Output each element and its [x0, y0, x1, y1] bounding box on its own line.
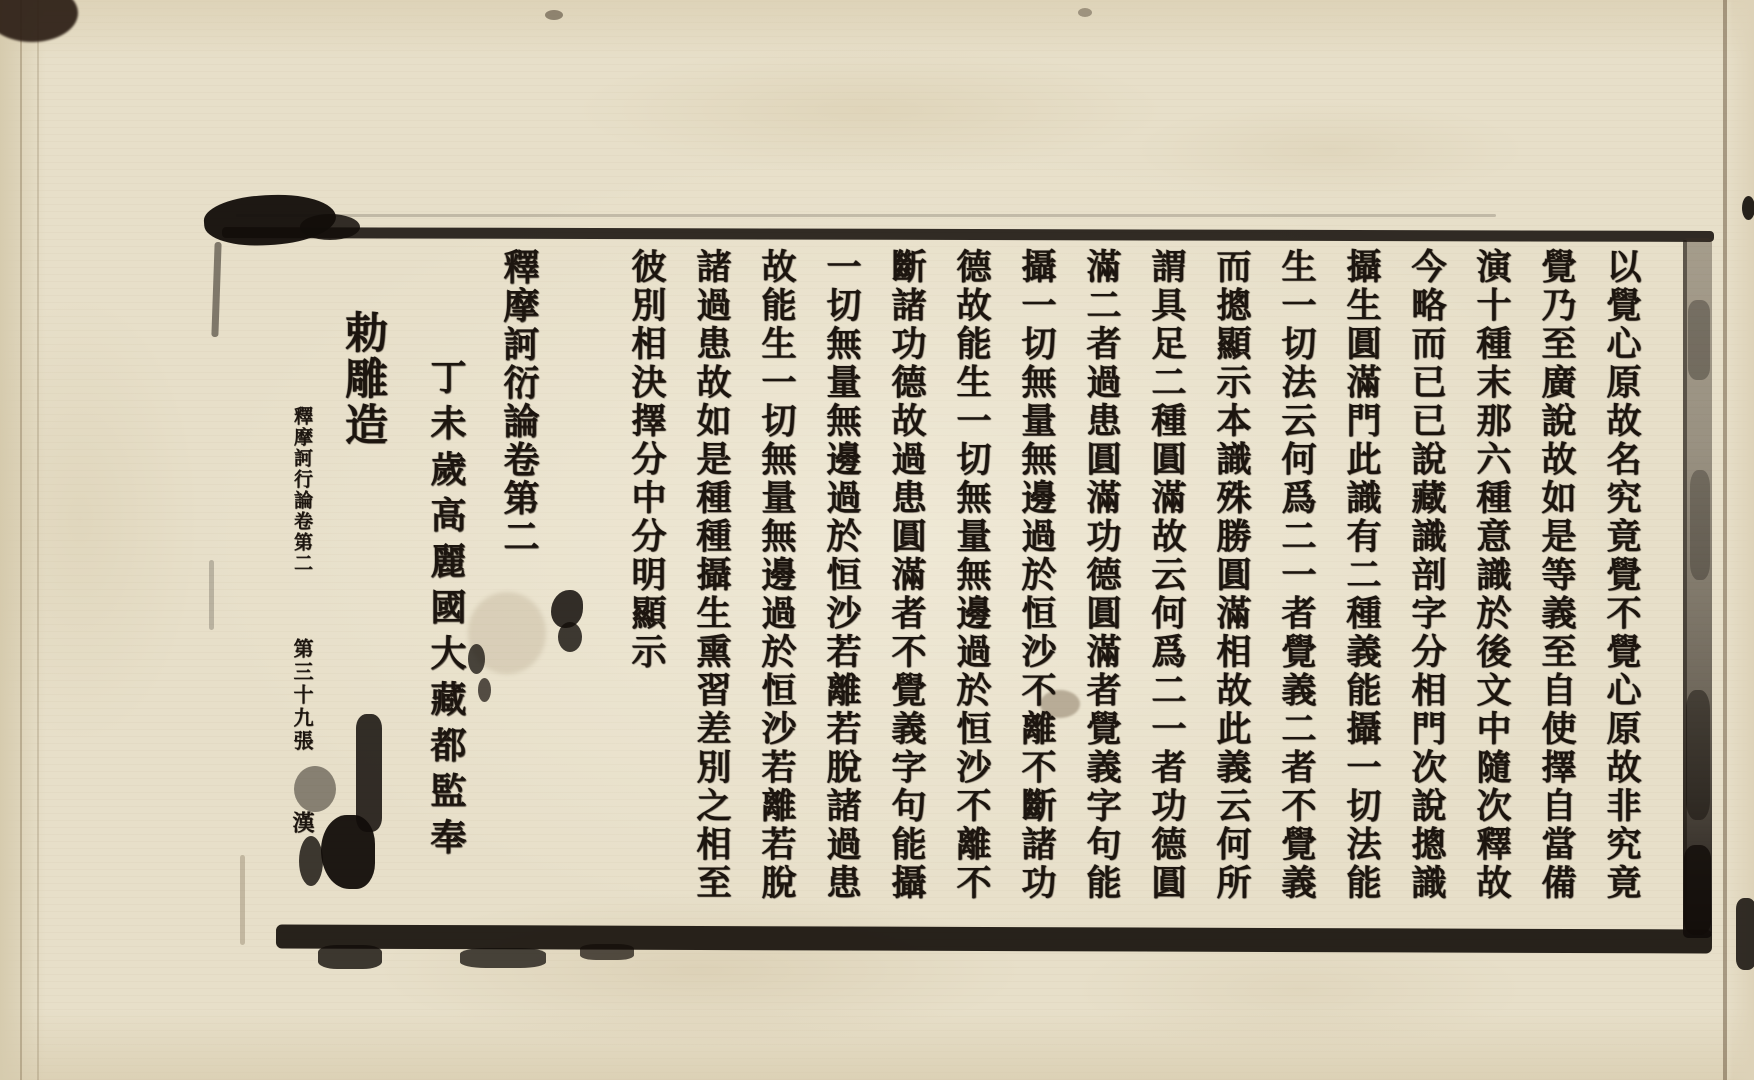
ink-drip	[580, 944, 634, 960]
text-column-06: 生一切法云何爲二一者覺義二者不覺義	[1264, 248, 1329, 948]
ink-smear	[356, 714, 382, 832]
text-column-16: 彼別相決擇分中分明顯示	[614, 248, 679, 948]
volume-title-column: 釋摩訶衍論卷第二	[486, 248, 551, 948]
text-column-10: 攝一切無量無邊過於恒沙不離不斷諸功	[1004, 248, 1069, 948]
left-edge-crease	[37, 0, 39, 1080]
ink-drip	[318, 945, 382, 969]
border-blotch	[1688, 300, 1710, 380]
text-column-09: 滿二者過患圓滿功德圓滿者覺義字句能	[1069, 248, 1134, 948]
frame-border-right-edge	[1683, 240, 1687, 930]
frame-border-left-fragment	[209, 560, 214, 630]
corner-stain	[0, 0, 78, 42]
text-column-11: 德故能生一切無量無邊過於恒沙不離不	[939, 248, 1004, 948]
border-blotch	[1686, 690, 1710, 820]
text-column-01: 以覺心原故名究竟覺不覺心原故非究竟	[1589, 248, 1654, 948]
text-column-14: 故能生一切無量無邊過於恒沙若離若脫	[744, 248, 809, 948]
ink-smudge	[299, 836, 323, 886]
ink-smudge	[478, 678, 491, 702]
border-blotch	[1690, 470, 1710, 580]
text-column-08: 謂具足二種圓滿故云何爲二一者功德圓	[1134, 248, 1199, 948]
text-column-12: 斷諸功德故過患圓滿者不覺義字句能攝	[874, 248, 939, 948]
paper-speck	[545, 10, 563, 20]
frame-border-top	[222, 227, 1714, 242]
frame-border-left-fragment	[211, 242, 221, 337]
paper-crease	[240, 855, 245, 945]
text-column-02: 覺乃至廣說故如是等義至自使擇自當備	[1524, 248, 1589, 948]
sheet-number: 第三十九張	[277, 638, 327, 753]
text-column-04: 今略而已已說藏識剖字分相門次說摠識	[1394, 248, 1459, 948]
ink-drip	[460, 948, 546, 968]
margin-volume-title: 釋摩訶行論卷第二	[277, 406, 327, 574]
text-column-03: 演十種末那六種意識於後文中隨次釋故	[1459, 248, 1524, 948]
border-blotch	[1684, 845, 1711, 935]
left-edge-crease	[20, 0, 22, 1080]
scanned-sutra-page: 以覺心原故名究竟覺不覺心原故非究竟 覺乃至廣說故如是等義至自使擇自當備 演十種末…	[0, 0, 1754, 1080]
adjacent-page-ink	[1742, 196, 1754, 220]
collation-mark: 漢	[277, 811, 327, 835]
ink-smudge	[321, 815, 375, 889]
sutra-text-block: 以覺心原故名究竟覺不覺心原故非究竟 覺乃至廣說故如是等義至自使擇自當備 演十種末…	[277, 248, 1654, 948]
text-column-13: 一切無量無邊過於恒沙若離若脫諸過患	[809, 248, 874, 948]
ink-smudge	[294, 766, 336, 812]
ink-smudge	[558, 622, 582, 652]
paper-speck	[1078, 8, 1092, 17]
ink-smudge	[300, 214, 360, 240]
ink-smudge	[468, 644, 485, 674]
frame-border-top-echo	[236, 214, 1496, 217]
imprint-column: 丁未歲高麗國大藏都監奉	[413, 248, 478, 948]
adjacent-page-ink	[1736, 898, 1754, 970]
text-column-07: 而摠顯示本識殊勝圓滿相故此義云何所	[1199, 248, 1264, 948]
page-fold-line	[1723, 0, 1727, 1080]
text-column-15: 諸過患故如是種種攝生熏習差別之相至	[679, 248, 744, 948]
text-column-05: 攝生圓滿門此識有二種義能攝一切法能	[1329, 248, 1394, 948]
